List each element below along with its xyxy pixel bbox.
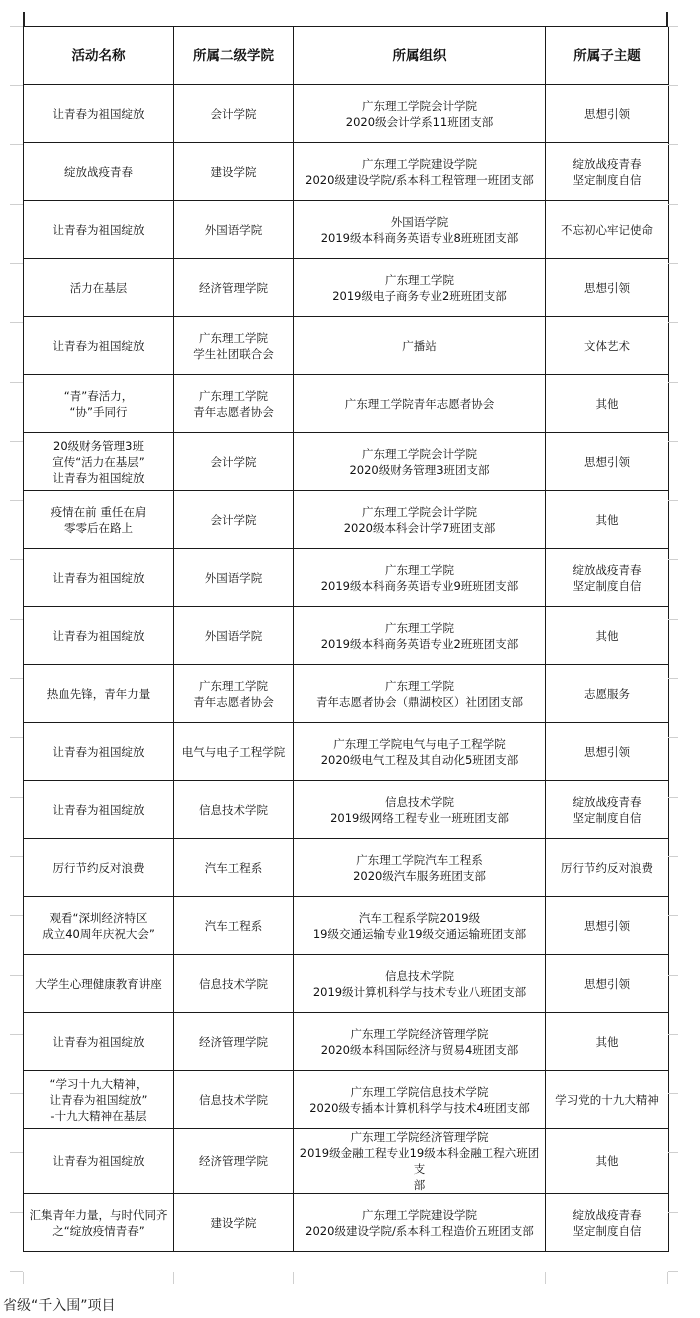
header-organization: 所属组织: [294, 27, 546, 85]
gridline-tick: [668, 619, 678, 620]
gridline-tick: [668, 678, 678, 679]
college-cell: 经济管理学院: [174, 1129, 294, 1194]
gridline-tick: [668, 441, 678, 442]
gridline-tick: [668, 263, 678, 264]
organization-cell: 广东理工学院 2019级本科商务英语专业2班班团支部: [294, 607, 546, 665]
gridline-tick: [668, 26, 678, 27]
activity-name-cell: 让青春为祖国绽放: [24, 85, 174, 143]
college-cell: 经济管理学院: [174, 1013, 294, 1071]
organization-cell: 广东理工学院经济管理学院 2020级本科国际经济与贸易4班团支部: [294, 1013, 546, 1071]
table-row: 疫情在前 重任在肩 零零后在路上会计学院广东理工学院会计学院 2020级本科会计…: [24, 491, 669, 549]
gridline-tick: [10, 263, 23, 264]
activity-name-cell: 让青春为祖国绽放: [24, 317, 174, 375]
gridline-tick: [668, 559, 678, 560]
gridline-tick: [668, 1093, 678, 1094]
table-row: 让青春为祖国绽放外国语学院外国语学院 2019级本科商务英语专业8班班团支部不忘…: [24, 201, 669, 259]
college-cell: 外国语学院: [174, 549, 294, 607]
organization-cell: 广东理工学院青年志愿者协会: [294, 375, 546, 433]
table-row: 让青春为祖国绽放经济管理学院广东理工学院经济管理学院 2020级本科国际经济与贸…: [24, 1013, 669, 1071]
header-activity-name: 活动名称: [24, 27, 174, 85]
organization-cell: 汽车工程系学院2019级 19级交通运输专业19级交通运输班团支部: [294, 897, 546, 955]
activity-name-cell: 汇集青年力量，与时代同齐 之“绽放疫情青春”: [24, 1194, 174, 1252]
table-row: 让青春为祖国绽放经济管理学院广东理工学院经济管理学院 2019级金融工程专业19…: [24, 1129, 669, 1194]
activity-name-cell: 大学生心理健康教育讲座: [24, 955, 174, 1013]
gridline-tick: [10, 737, 23, 738]
gridline-tick: [668, 85, 678, 86]
table-row: 厉行节约反对浪费汽车工程系广东理工学院汽车工程系 2020级汽车服务班团支部厉行…: [24, 839, 669, 897]
gridline-tick: [668, 1034, 678, 1035]
table-row: 让青春为祖国绽放信息技术学院信息技术学院 2019级网络工程专业一班班团支部绽放…: [24, 781, 669, 839]
organization-cell: 广东理工学院信息技术学院 2020级专插本计算机科学与技术4班团支部: [294, 1071, 546, 1129]
gridline-tick: [668, 500, 678, 501]
activity-name-cell: 厉行节约反对浪费: [24, 839, 174, 897]
gridline-extension: [667, 1272, 668, 1284]
gridline-tick: [10, 26, 23, 27]
gridline-tick: [10, 1271, 23, 1272]
table-row: 让青春为祖国绽放外国语学院广东理工学院 2019级本科商务英语专业9班班团支部绽…: [24, 549, 669, 607]
college-cell: 汽车工程系: [174, 839, 294, 897]
gridline-extension: [545, 1272, 546, 1284]
college-cell: 广东理工学院 学生社团联合会: [174, 317, 294, 375]
sub-theme-cell: 思想引领: [546, 723, 669, 781]
activity-name-cell: “学习十九大精神， 让青春为祖国绽放” -十九大精神在基层: [24, 1071, 174, 1129]
gridline-extension: [23, 1272, 24, 1284]
organization-cell: 广东理工学院会计学院 2020级财务管理3班团支部: [294, 433, 546, 491]
gridline-tick: [10, 797, 23, 798]
college-cell: 会计学院: [174, 491, 294, 549]
gridline-tick: [10, 678, 23, 679]
table-row: 热血先锋，青年力量广东理工学院 青年志愿者协会广东理工学院 青年志愿者协会（鼎湖…: [24, 665, 669, 723]
sub-theme-cell: 其他: [546, 607, 669, 665]
sub-theme-cell: 其他: [546, 375, 669, 433]
gridline-tick: [668, 1152, 678, 1153]
organization-cell: 广东理工学院 2019级电子商务专业2班班团支部: [294, 259, 546, 317]
header-row: 活动名称 所属二级学院 所属组织 所属子主题: [24, 27, 669, 85]
sub-theme-cell: 志愿服务: [546, 665, 669, 723]
sub-theme-cell: 其他: [546, 1013, 669, 1071]
organization-cell: 信息技术学院 2019级网络工程专业一班班团支部: [294, 781, 546, 839]
organization-cell: 信息技术学院 2019级计算机科学与技术专业八班团支部: [294, 955, 546, 1013]
organization-cell: 广东理工学院经济管理学院 2019级金融工程专业19级本科金融工程六班团支 部: [294, 1129, 546, 1194]
gridline-tick: [10, 856, 23, 857]
college-cell: 信息技术学院: [174, 955, 294, 1013]
college-cell: 会计学院: [174, 433, 294, 491]
sub-theme-cell: 其他: [546, 491, 669, 549]
activity-name-cell: 让青春为祖国绽放: [24, 201, 174, 259]
table-row: 绽放战疫青春建设学院广东理工学院建设学院 2020级建设学院/系本科工程管理一班…: [24, 143, 669, 201]
sub-theme-cell: 绽放战疫青春 坚定制度自信: [546, 1194, 669, 1252]
gridline-tick: [668, 204, 678, 205]
gridline-tick: [10, 144, 23, 145]
gridline-tick: [668, 1212, 678, 1213]
table-row: 让青春为祖国绽放会计学院广东理工学院会计学院 2020级会计学系11班团支部思想…: [24, 85, 669, 143]
activity-name-cell: 绽放战疫青春: [24, 143, 174, 201]
gridline-extension: [173, 1272, 174, 1284]
table-row: 让青春为祖国绽放广东理工学院 学生社团联合会广播站文体艺术: [24, 317, 669, 375]
gridline-tick: [668, 975, 678, 976]
table-row: 观看“深圳经济特区 成立40周年庆祝大会”汽车工程系汽车工程系学院2019级 1…: [24, 897, 669, 955]
activities-table: 活动名称 所属二级学院 所属组织 所属子主题 让青春为祖国绽放会计学院广东理工学…: [23, 26, 669, 1252]
college-cell: 信息技术学院: [174, 1071, 294, 1129]
activity-name-cell: 让青春为祖国绽放: [24, 1129, 174, 1194]
table-row: 大学生心理健康教育讲座信息技术学院信息技术学院 2019级计算机科学与技术专业八…: [24, 955, 669, 1013]
activity-name-cell: 让青春为祖国绽放: [24, 549, 174, 607]
gridline-tick: [10, 500, 23, 501]
table-row: 活力在基层经济管理学院广东理工学院 2019级电子商务专业2班班团支部思想引领: [24, 259, 669, 317]
college-cell: 信息技术学院: [174, 781, 294, 839]
college-cell: 电气与电子工程学院: [174, 723, 294, 781]
activity-name-cell: 让青春为祖国绽放: [24, 1013, 174, 1071]
college-cell: 经济管理学院: [174, 259, 294, 317]
table-row: 让青春为祖国绽放外国语学院广东理工学院 2019级本科商务英语专业2班班团支部其…: [24, 607, 669, 665]
organization-cell: 广东理工学院 2019级本科商务英语专业9班班团支部: [294, 549, 546, 607]
activity-name-cell: 观看“深圳经济特区 成立40周年庆祝大会”: [24, 897, 174, 955]
sub-theme-cell: 思想引领: [546, 897, 669, 955]
sub-theme-cell: 绽放战疫青春 坚定制度自信: [546, 781, 669, 839]
right-border-stub: [666, 12, 668, 26]
sub-theme-cell: 厉行节约反对浪费: [546, 839, 669, 897]
activity-name-cell: 让青春为祖国绽放: [24, 607, 174, 665]
college-cell: 广东理工学院 青年志愿者协会: [174, 375, 294, 433]
gridline-tick: [10, 1212, 23, 1213]
gridline-tick: [668, 856, 678, 857]
gridline-tick: [668, 144, 678, 145]
sub-theme-cell: 思想引领: [546, 433, 669, 491]
gridline-tick: [668, 1271, 678, 1272]
activity-name-cell: 让青春为祖国绽放: [24, 781, 174, 839]
sub-theme-cell: 文体艺术: [546, 317, 669, 375]
organization-cell: 外国语学院 2019级本科商务英语专业8班班团支部: [294, 201, 546, 259]
table-row: 让青春为祖国绽放电气与电子工程学院广东理工学院电气与电子工程学院 2020级电气…: [24, 723, 669, 781]
gridline-tick: [10, 322, 23, 323]
table-row: 汇集青年力量，与时代同齐 之“绽放疫情青春”建设学院广东理工学院建设学院 202…: [24, 1194, 669, 1252]
activity-name-cell: “青”春活力， “协”手同行: [24, 375, 174, 433]
college-cell: 外国语学院: [174, 201, 294, 259]
gridline-tick: [668, 797, 678, 798]
organization-cell: 广东理工学院建设学院 2020级建设学院/系本科工程造价五班团支部: [294, 1194, 546, 1252]
gridline-tick: [10, 1034, 23, 1035]
gridline-tick: [10, 915, 23, 916]
sub-theme-cell: 思想引领: [546, 85, 669, 143]
gridline-tick: [668, 915, 678, 916]
activity-name-cell: 活力在基层: [24, 259, 174, 317]
gridline-tick: [10, 975, 23, 976]
sub-theme-cell: 不忘初心牢记使命: [546, 201, 669, 259]
college-cell: 会计学院: [174, 85, 294, 143]
activity-name-cell: 20级财务管理3班 宣传“活力在基层” 让青春为祖国绽放: [24, 433, 174, 491]
sub-theme-cell: 思想引领: [546, 259, 669, 317]
college-cell: 广东理工学院 青年志愿者协会: [174, 665, 294, 723]
activity-name-cell: 疫情在前 重任在肩 零零后在路上: [24, 491, 174, 549]
organization-cell: 广东理工学院会计学院 2020级本科会计学7班团支部: [294, 491, 546, 549]
gridline-tick: [668, 322, 678, 323]
organization-cell: 广播站: [294, 317, 546, 375]
college-cell: 外国语学院: [174, 607, 294, 665]
organization-cell: 广东理工学院 青年志愿者协会（鼎湖校区）社团团支部: [294, 665, 546, 723]
table-row: 20级财务管理3班 宣传“活力在基层” 让青春为祖国绽放会计学院广东理工学院会计…: [24, 433, 669, 491]
left-border-stub: [23, 12, 25, 26]
gridline-tick: [10, 382, 23, 383]
header-sub-theme: 所属子主题: [546, 27, 669, 85]
sub-theme-cell: 学习党的十九大精神: [546, 1071, 669, 1129]
gridline-tick: [10, 619, 23, 620]
activity-name-cell: 热血先锋，青年力量: [24, 665, 174, 723]
header-college: 所属二级学院: [174, 27, 294, 85]
table-row: “青”春活力， “协”手同行广东理工学院 青年志愿者协会广东理工学院青年志愿者协…: [24, 375, 669, 433]
college-cell: 建设学院: [174, 1194, 294, 1252]
gridline-tick: [10, 559, 23, 560]
gridline-extension: [293, 1272, 294, 1284]
gridline-tick: [10, 1152, 23, 1153]
college-cell: 建设学院: [174, 143, 294, 201]
sub-theme-cell: 思想引领: [546, 955, 669, 1013]
caption: 省级“千入围”项目: [3, 1295, 116, 1315]
organization-cell: 广东理工学院电气与电子工程学院 2020级电气工程及其自动化5班团支部: [294, 723, 546, 781]
sub-theme-cell: 绽放战疫青春 坚定制度自信: [546, 549, 669, 607]
college-cell: 汽车工程系: [174, 897, 294, 955]
gridline-tick: [10, 204, 23, 205]
activity-name-cell: 让青春为祖国绽放: [24, 723, 174, 781]
table-row: “学习十九大精神， 让青春为祖国绽放” -十九大精神在基层信息技术学院广东理工学…: [24, 1071, 669, 1129]
sub-theme-cell: 绽放战疫青春 坚定制度自信: [546, 143, 669, 201]
gridline-tick: [10, 85, 23, 86]
gridline-tick: [10, 441, 23, 442]
gridline-tick: [668, 382, 678, 383]
gridline-tick: [668, 737, 678, 738]
organization-cell: 广东理工学院汽车工程系 2020级汽车服务班团支部: [294, 839, 546, 897]
sub-theme-cell: 其他: [546, 1129, 669, 1194]
organization-cell: 广东理工学院建设学院 2020级建设学院/系本科工程管理一班团支部: [294, 143, 546, 201]
gridline-tick: [10, 1093, 23, 1094]
organization-cell: 广东理工学院会计学院 2020级会计学系11班团支部: [294, 85, 546, 143]
